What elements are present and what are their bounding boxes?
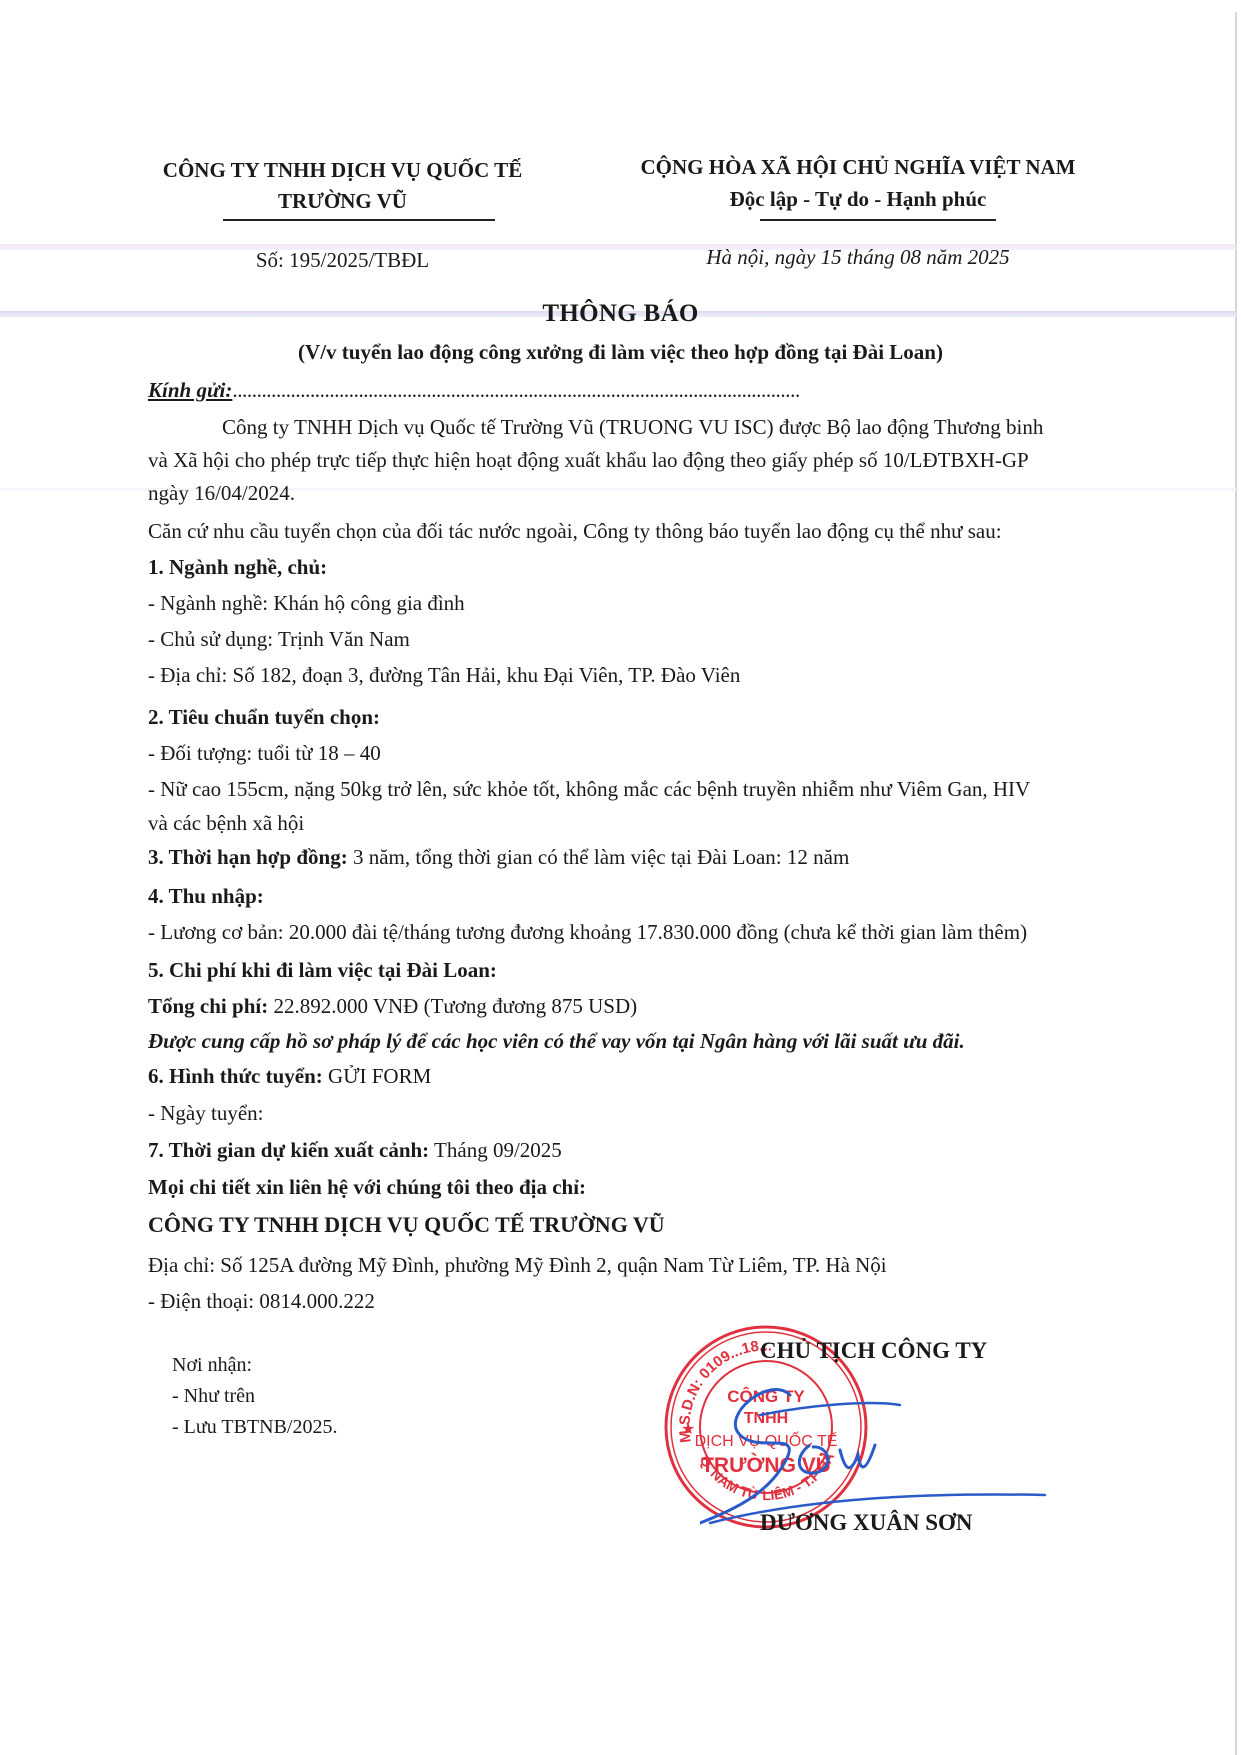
section-3-value: 3 năm, tổng thời gian có thể làm việc tạ… bbox=[348, 845, 850, 869]
section-1-item: - Chủ sử dụng: Trịnh Văn Nam bbox=[148, 627, 410, 652]
section-6-value: GỬI FORM bbox=[323, 1064, 431, 1088]
intro-line-2: và Xã hội cho phép trực tiếp thực hiện h… bbox=[148, 448, 1029, 473]
section-6-item: - Ngày tuyển: bbox=[148, 1101, 263, 1126]
page-edge bbox=[1235, 12, 1237, 1755]
section-7-heading: 7. Thời gian dự kiến xuất cảnh: bbox=[148, 1138, 429, 1162]
section-1-item: - Địa chỉ: Số 182, đoạn 3, đường Tân Hải… bbox=[148, 663, 740, 688]
contact-company: CÔNG TY TNHH DỊCH VỤ QUỐC TẾ TRƯỜNG VŨ bbox=[148, 1212, 665, 1238]
recipient-dots: ........................................… bbox=[232, 378, 799, 402]
loan-note: Được cung cấp hồ sơ pháp lý để các học v… bbox=[148, 1029, 965, 1054]
intro-line-4: Căn cứ nhu cầu tuyển chọn của đối tác nư… bbox=[148, 519, 1002, 544]
section-2-heading: 2. Tiêu chuẩn tuyển chọn: bbox=[148, 705, 380, 730]
document-page: CÔNG TY TNHH DỊCH VỤ QUỐC TẾ TRƯỜNG VŨ S… bbox=[0, 0, 1241, 1755]
document-title: THÔNG BÁO bbox=[0, 300, 1241, 328]
company-name-line1: CÔNG TY TNHH DỊCH VỤ QUỐC TẾ bbox=[140, 155, 545, 186]
section-3-heading: 3. Thời hạn hợp đồng: bbox=[148, 845, 348, 869]
section-3: 3. Thời hạn hợp đồng: 3 năm, tổng thời g… bbox=[148, 845, 849, 870]
contact-intro: Mọi chi tiết xin liên hệ với chúng tôi t… bbox=[148, 1175, 586, 1200]
section-1-item: - Ngành nghề: Khán hộ công gia đình bbox=[148, 591, 465, 616]
intro-line-1: Công ty TNHH Dịch vụ Quốc tế Trường Vũ (… bbox=[222, 415, 1043, 440]
recipients-block: Nơi nhận: - Như trên - Lưu TBTNB/2025. bbox=[172, 1350, 337, 1443]
national-header: CỘNG HÒA XÃ HỘI CHỦ NGHĨA VIỆT NAM Độc l… bbox=[608, 151, 1108, 215]
section-2-item: - Nữ cao 155cm, nặng 50kg trở lên, sức k… bbox=[148, 777, 1030, 802]
recipients-item: - Như trên bbox=[172, 1381, 337, 1412]
section-4-item: - Lương cơ bản: 20.000 đài tệ/tháng tươn… bbox=[148, 920, 1027, 945]
handwritten-signature bbox=[700, 1375, 1060, 1525]
section-5-total: Tổng chi phí: 22.892.000 VNĐ (Tương đươn… bbox=[148, 994, 637, 1019]
nation-name: CỘNG HÒA XÃ HỘI CHỦ NGHĨA VIỆT NAM bbox=[608, 151, 1108, 183]
section-5-heading: 5. Chi phí khi đi làm việc tại Đài Loan: bbox=[148, 958, 497, 983]
contact-address: Địa chỉ: Số 125A đường Mỹ Đình, phường M… bbox=[148, 1253, 887, 1278]
company-name-line2: TRƯỜNG VŨ bbox=[140, 186, 545, 217]
recipient-line: Kính gửi:...............................… bbox=[148, 378, 800, 403]
section-2-item: và các bệnh xã hội bbox=[148, 811, 304, 836]
section-4-heading: 4. Thu nhập: bbox=[148, 884, 264, 909]
section-2-item: - Đối tượng: tuổi từ 18 – 40 bbox=[148, 741, 381, 766]
stamp-star-icon: ★ bbox=[681, 1421, 695, 1438]
section-6: 6. Hình thức tuyển: GỬI FORM bbox=[148, 1064, 431, 1089]
national-motto: Độc lập - Tự do - Hạnh phúc bbox=[608, 183, 1108, 215]
total-cost-value: 22.892.000 VNĐ (Tương đương 875 USD) bbox=[268, 994, 637, 1018]
section-7: 7. Thời gian dự kiến xuất cảnh: Tháng 09… bbox=[148, 1138, 562, 1163]
header-rule-right bbox=[760, 219, 996, 221]
intro-line-3: ngày 16/04/2024. bbox=[148, 481, 295, 506]
recipients-item: - Lưu TBTNB/2025. bbox=[172, 1412, 337, 1443]
recipient-label: Kính gửi: bbox=[148, 378, 232, 402]
header-rule-left bbox=[223, 219, 495, 221]
signer-title: CHỦ TỊCH CÔNG TY bbox=[760, 1338, 987, 1364]
section-7-value: Tháng 09/2025 bbox=[429, 1138, 562, 1162]
total-cost-label: Tổng chi phí: bbox=[148, 994, 268, 1018]
signer-name: DƯƠNG XUÂN SƠN bbox=[760, 1510, 973, 1536]
document-subtitle: (V/v tuyển lao động công xưởng đi làm vi… bbox=[0, 340, 1241, 365]
contact-phone: - Điện thoại: 0814.000.222 bbox=[148, 1289, 375, 1314]
recipients-label: Nơi nhận: bbox=[172, 1350, 337, 1381]
section-1-heading: 1. Ngành nghề, chủ: bbox=[148, 555, 327, 580]
place-date: Hà nội, ngày 15 tháng 08 năm 2025 bbox=[608, 245, 1108, 270]
document-number: Số: 195/2025/TBĐL bbox=[140, 248, 545, 273]
section-6-heading: 6. Hình thức tuyển: bbox=[148, 1064, 323, 1088]
company-header: CÔNG TY TNHH DỊCH VỤ QUỐC TẾ TRƯỜNG VŨ bbox=[140, 155, 545, 217]
